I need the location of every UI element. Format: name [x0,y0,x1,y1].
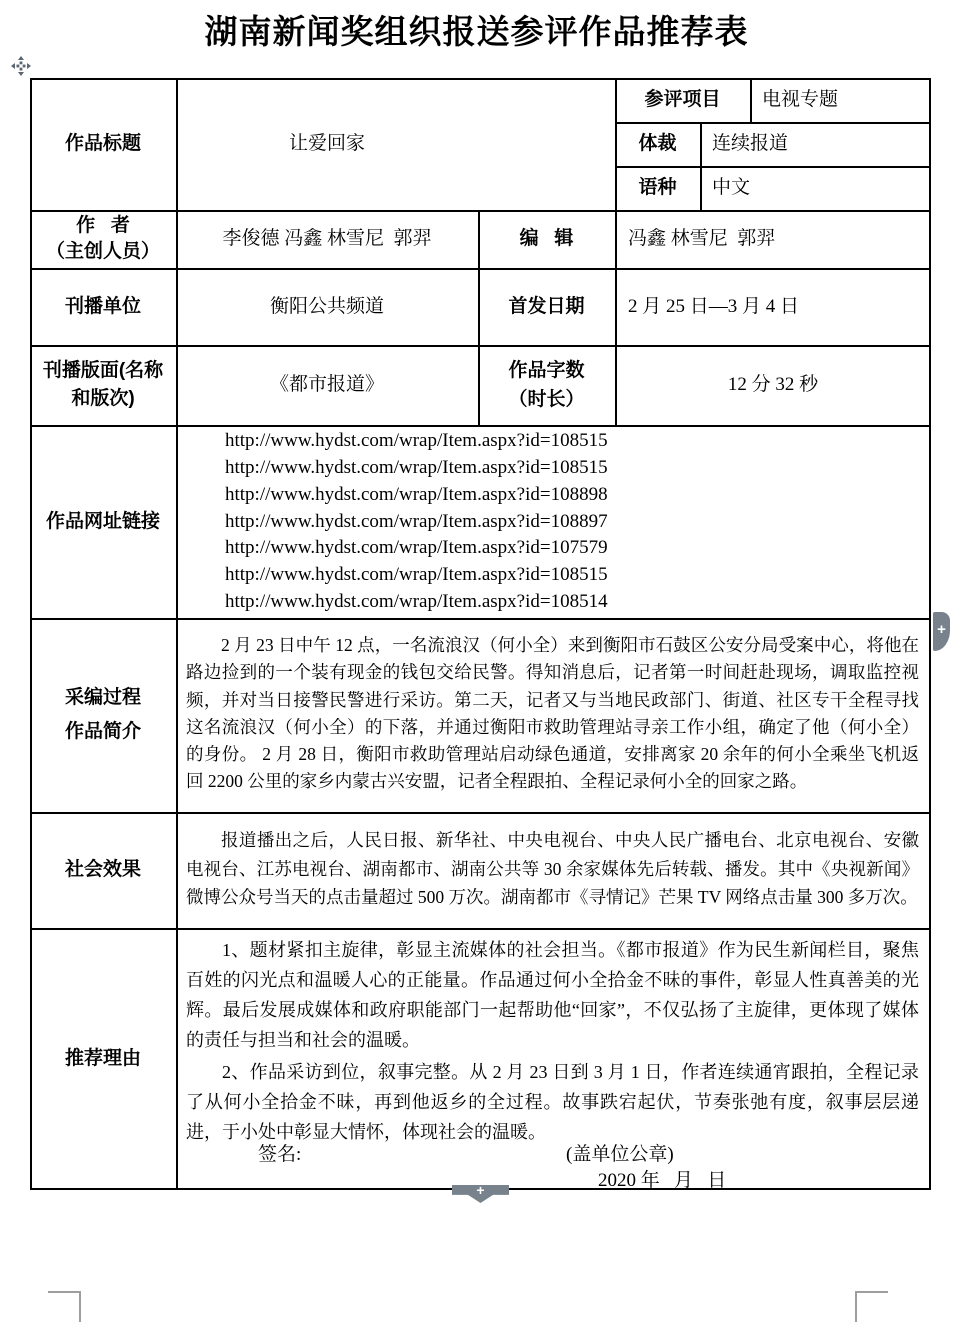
insert-plus-right-tab[interactable]: + [933,612,950,651]
margin-corner-mark-left [48,1291,81,1293]
layout-label: 刊播版面(名称 和版次) [30,345,176,425]
entry-category-value: 电视专题 [750,78,931,122]
page-title: 湖南新闻奖组织报送参评作品推荐表 [0,10,953,54]
margin-corner-mark-left [79,1291,81,1322]
first-air-date-label: 首发日期 [478,268,615,345]
plus-icon: + [937,621,946,638]
move-cross-arrows-icon [11,56,31,76]
date-line: 2020 年 月 日 [598,1165,726,1192]
genre-value: 连续报道 [700,122,931,166]
signature-label: 签名: [258,1139,301,1166]
social-effect-text: 报道播出之后，人民日报、新华社、中央电视台、中央人民广播电台、北京电视台、安徽电… [176,812,931,928]
author-value: 李俊德 冯鑫 林雪尼 郭羿 [176,210,478,268]
genre-label: 体裁 [615,122,700,166]
author-label: 作 者 （主创人员） [30,210,176,268]
reason-paragraph-2: 2、作品采访到位，叙事完整。从 2 月 23 日到 3 月 1 日，作者连续通宵… [186,1057,919,1147]
url-line: http://www.hydst.com/wrap/Item.aspx?id=1… [225,455,931,482]
editor-value: 冯鑫 林雪尼 郭羿 [615,210,931,268]
url-line: http://www.hydst.com/wrap/Item.aspx?id=1… [225,428,931,455]
recommendation-reason-label: 推荐理由 [30,928,176,1190]
first-air-date-value: 2 月 25 日—3 月 4 日 [615,268,931,345]
url-line: http://www.hydst.com/wrap/Item.aspx?id=1… [225,535,931,562]
url-links-label: 作品网址链接 [30,425,176,618]
social-effect-label: 社会效果 [30,812,176,928]
url-line: http://www.hydst.com/wrap/Item.aspx?id=1… [225,562,931,589]
reason-paragraph-1: 1、题材紧扣主旋律，彰显主流媒体的社会担当。《都市报道》作为民生新闻栏目，聚焦百… [186,935,919,1055]
work-title-value: 让爱回家 [176,78,478,210]
process-summary-label: 采编过程 作品简介 [30,618,176,812]
editor-label: 编 辑 [478,210,615,268]
work-title-label: 作品标题 [30,78,176,210]
language-value: 中文 [700,166,931,210]
duration-label: 作品字数 （时长） [478,345,615,425]
url-links-list: http://www.hydst.com/wrap/Item.aspx?id=1… [176,428,931,616]
insert-plus-bottom-tab[interactable]: + [452,1185,509,1203]
process-summary-text: 2 月 23 日中午 12 点，一名流浪汉（何小全）来到衡阳市石鼓区公安分局受案… [176,618,931,812]
duration-value: 12 分 32 秒 [615,345,931,425]
table-move-handle-icon[interactable] [11,56,31,76]
url-line: http://www.hydst.com/wrap/Item.aspx?id=1… [225,589,931,616]
layout-value: 《都市报道》 [176,345,478,425]
publisher-label: 刊播单位 [30,268,176,345]
publisher-value: 衡阳公共频道 [176,268,478,345]
entry-category-label: 参评项目 [615,78,750,122]
language-label: 语种 [615,166,700,210]
margin-corner-mark-right [855,1291,888,1293]
document-page: 湖南新闻奖组织报送参评作品推荐表 作品标题 让爱回家 参评项 [0,0,953,1322]
url-line: http://www.hydst.com/wrap/Item.aspx?id=1… [225,482,931,509]
margin-corner-mark-right [855,1291,857,1322]
url-line: http://www.hydst.com/wrap/Item.aspx?id=1… [225,509,931,536]
seal-label: (盖单位公章) [566,1139,674,1166]
